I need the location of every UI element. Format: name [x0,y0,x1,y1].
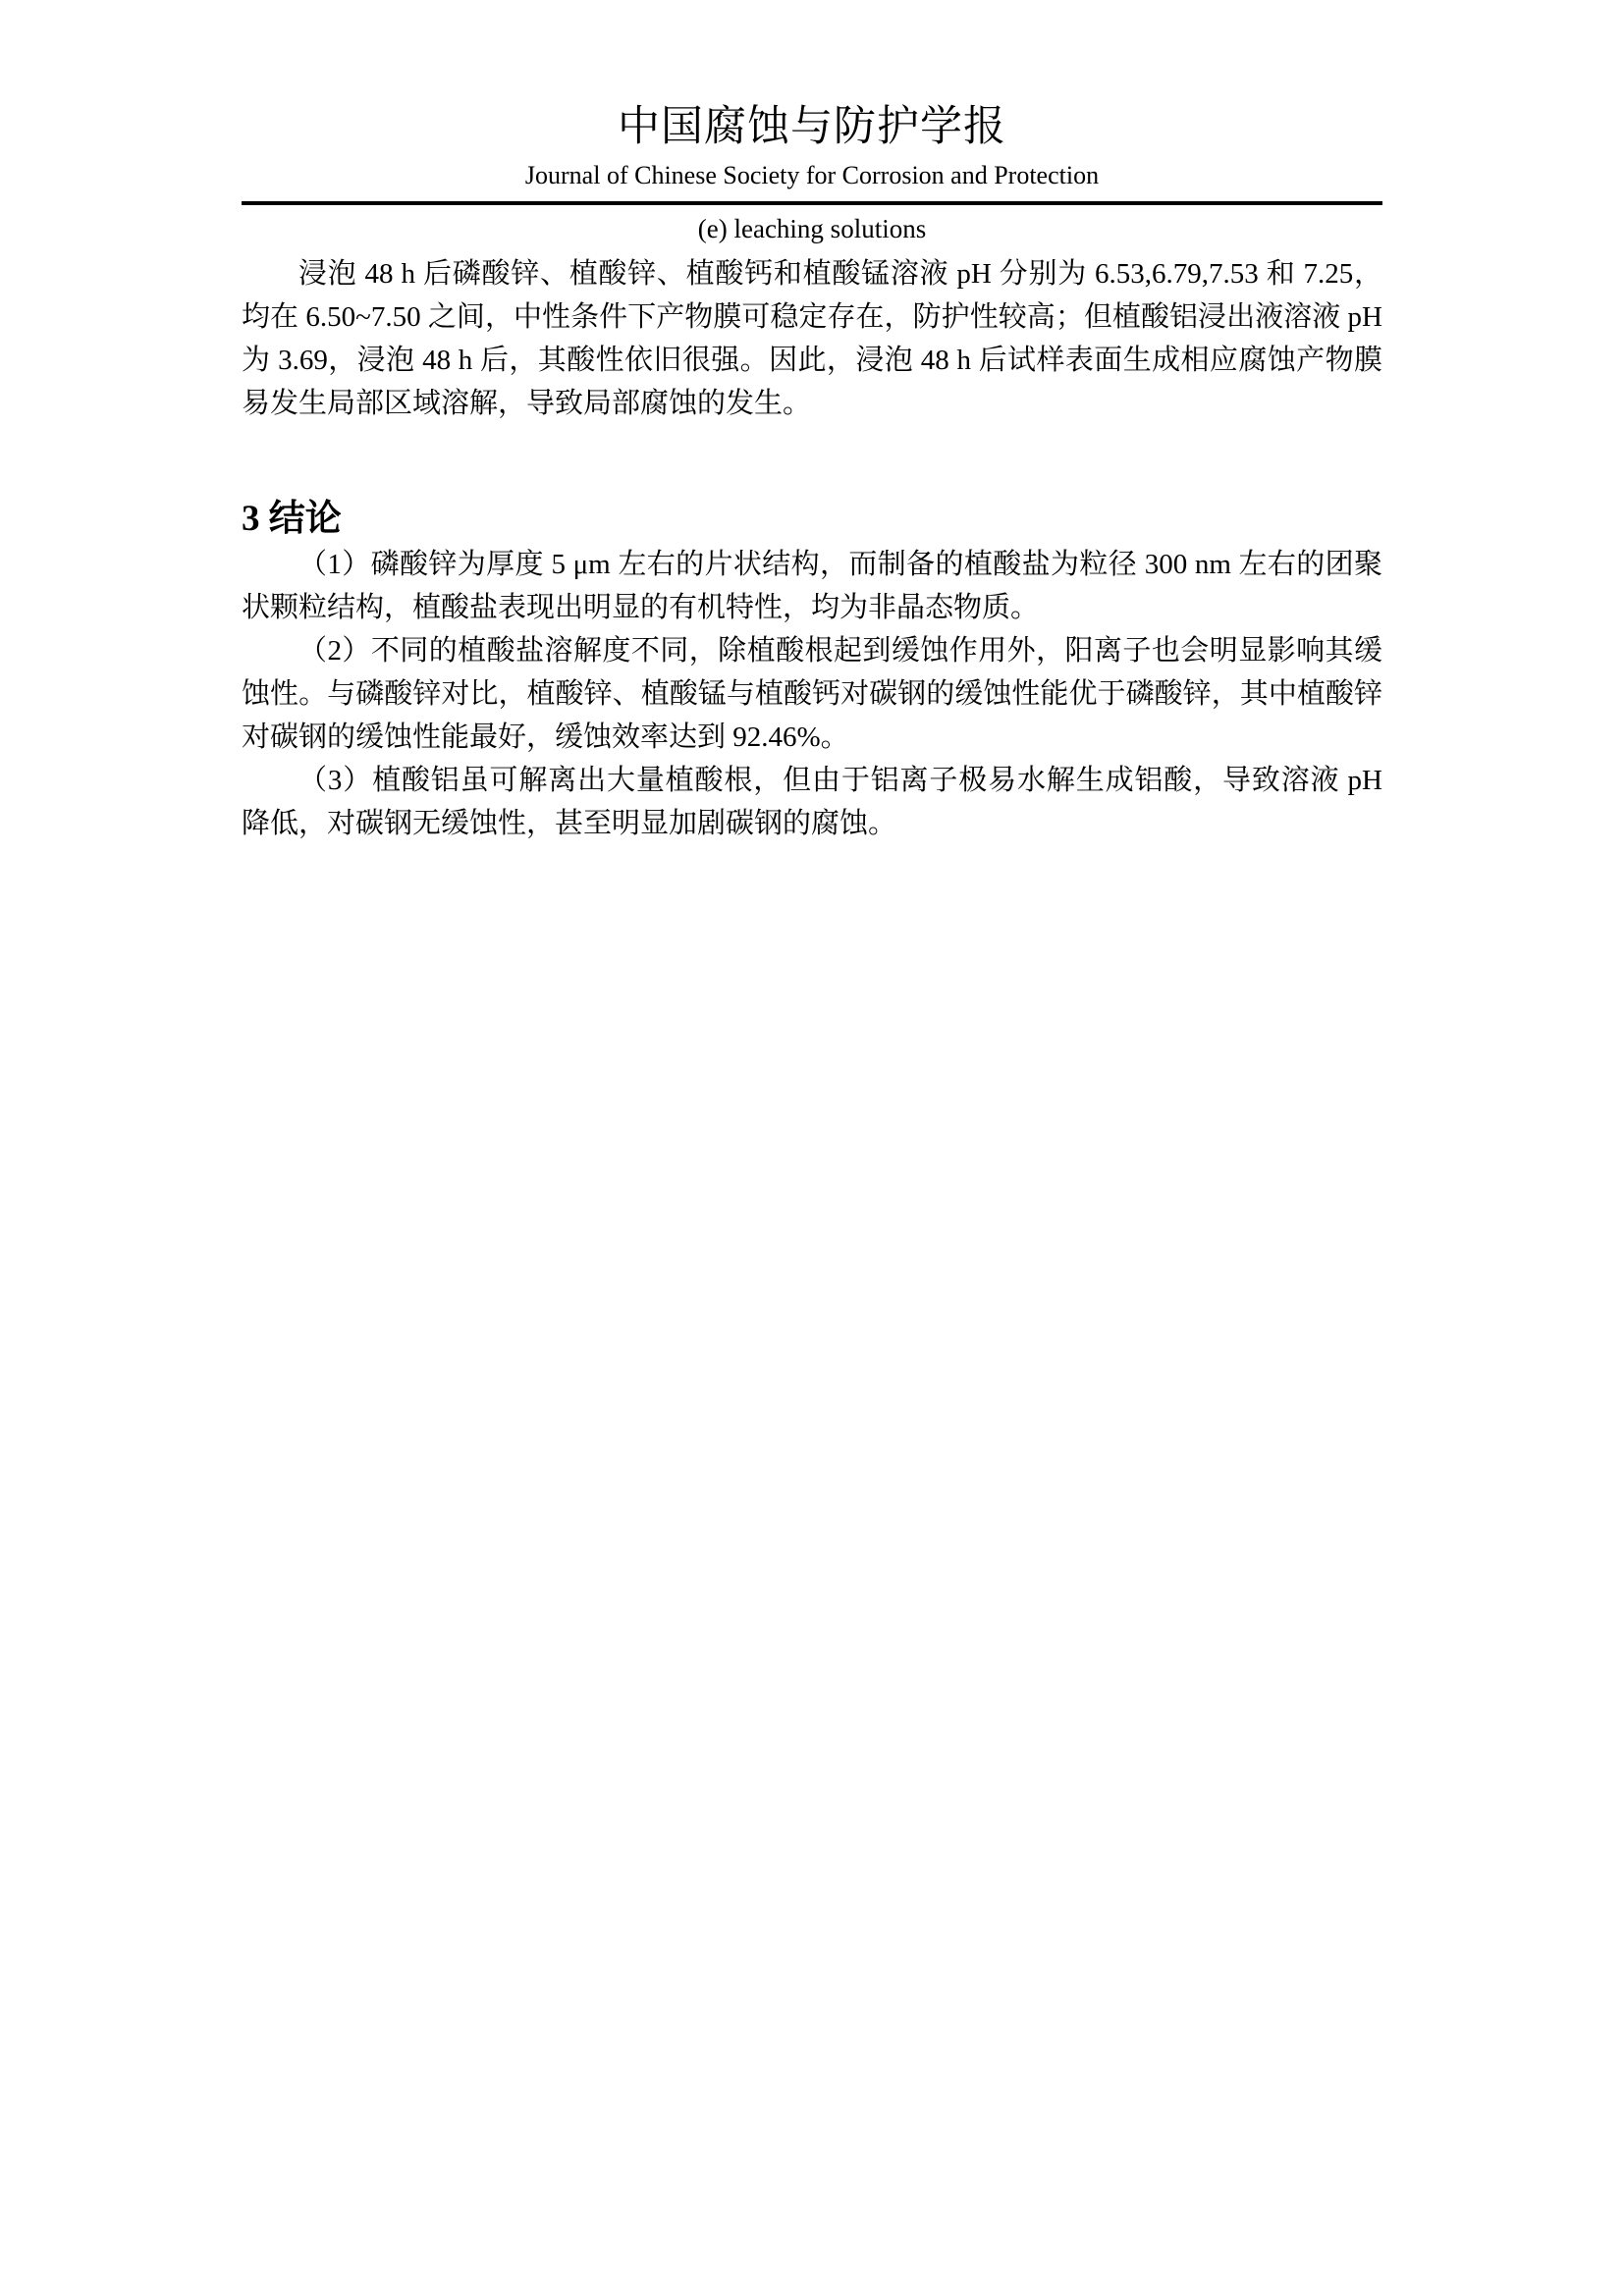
conclusion-paragraph-2: （2）不同的植酸盐溶解度不同，除植酸根起到缓蚀作用外，阳离子也会明显影响其缓 蚀… [242,629,1382,759]
text-line: 对碳钢的缓蚀性能最好，缓蚀效率达到 92.46%。 [242,716,1382,759]
text-line: （2）不同的植酸盐溶解度不同，除植酸根起到缓蚀作用外，阳离子也会明显影响其缓 [242,629,1382,672]
text-line: 降低，对碳钢无缓蚀性，甚至明显加剧碳钢的腐蚀。 [242,802,1382,845]
text-line: 为 3.69，浸泡 48 h 后，其酸性依旧很强。因此，浸泡 48 h 后试样表… [242,339,1382,382]
text-line: 浸泡 48 h 后磷酸锌、植酸锌、植酸钙和植酸锰溶液 pH 分别为 6.53,6… [242,252,1382,295]
header-rule-divider [242,201,1382,205]
text-line: （3）植酸铝虽可解离出大量植酸根，但由于铝离子极易水解生成铝酸，导致溶液 pH [242,759,1382,802]
text-line: 易发生局部区域溶解，导致局部腐蚀的发生。 [242,382,1382,425]
figure-caption: (e) leaching solutions [242,211,1382,246]
leaching-paragraph: 浸泡 48 h 后磷酸锌、植酸锌、植酸钙和植酸锰溶液 pH 分别为 6.53,6… [242,252,1382,425]
journal-title-zh: 中国腐蚀与防护学报 [242,102,1382,153]
text-line: 均在 6.50~7.50 之间，中性条件下产物膜可稳定存在，防护性较高；但植酸铝… [242,295,1382,339]
journal-title-en: Journal of Chinese Society for Corrosion… [242,159,1382,192]
text-line: （1）磷酸锌为厚度 5 μm 左右的片状结构，而制备的植酸盐为粒径 300 nm… [242,543,1382,586]
text-line: 蚀性。与磷酸锌对比，植酸锌、植酸锰与植酸钙对碳钢的缓蚀性能优于磷酸锌，其中植酸锌 [242,672,1382,716]
conclusion-paragraph-1: （1）磷酸锌为厚度 5 μm 左右的片状结构，而制备的植酸盐为粒径 300 nm… [242,543,1382,629]
document-page: 中国腐蚀与防护学报 Journal of Chinese Society for… [242,0,1382,2296]
section-heading-conclusion: 3 结论 [242,496,1382,543]
conclusion-paragraph-3: （3）植酸铝虽可解离出大量植酸根，但由于铝离子极易水解生成铝酸，导致溶液 pH … [242,759,1382,845]
text-line: 状颗粒结构，植酸盐表现出明显的有机特性，均为非晶态物质。 [242,586,1382,629]
